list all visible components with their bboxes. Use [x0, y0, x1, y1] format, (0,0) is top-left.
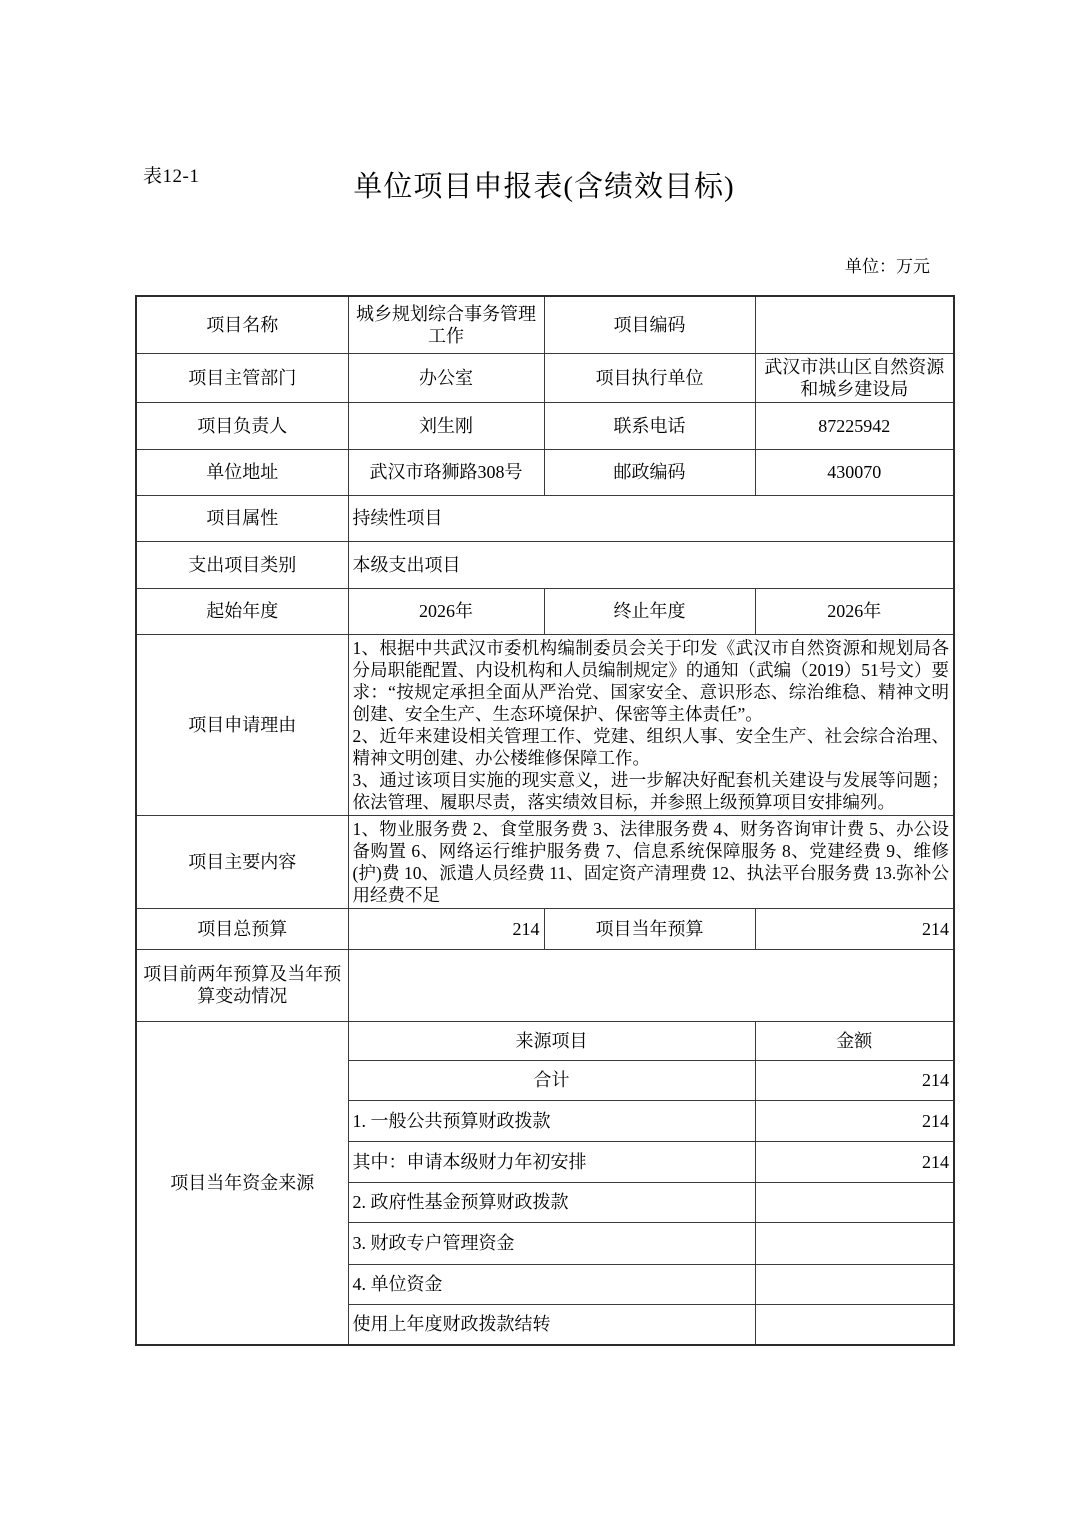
unit-note: 单位：万元 [845, 252, 930, 277]
document-page: 表12-1 单位项目申报表(含绩效目标) 单位：万元 项目名称 城乡规划综合事务… [0, 0, 1075, 1520]
value-main-content: 1、物业服务费 2、食堂服务费 3、法律服务费 4、财务咨询审计费 5、办公设备… [348, 815, 954, 908]
label-end-year: 终止年度 [544, 588, 755, 634]
funding-amount-cell [755, 1304, 954, 1345]
application-form-table: 项目名称 城乡规划综合事务管理工作 项目编码 项目主管部门 办公室 项目执行单位… [135, 295, 955, 1346]
label-competent-dept: 项目主管部门 [136, 353, 348, 402]
value-total-budget: 214 [348, 908, 544, 949]
main-content-text: 1、物业服务费 2、食堂服务费 3、法律服务费 4、财务咨询审计费 5、办公设备… [353, 818, 950, 906]
value-project-leader: 刘生刚 [348, 402, 544, 449]
row-previous-budget-changes: 项目前两年预算及当年预算变动情况 [136, 949, 954, 1021]
funding-column-amount: 金额 [755, 1021, 954, 1060]
label-current-year-budget: 项目当年预算 [544, 908, 755, 949]
label-contact-phone: 联系电话 [544, 402, 755, 449]
value-project-name: 城乡规划综合事务管理工作 [348, 296, 544, 353]
funding-source-cell: 1. 一般公共预算财政拨款 [348, 1100, 755, 1141]
funding-amount-cell [755, 1264, 954, 1304]
row-years: 起始年度 2026年 终止年度 2026年 [136, 588, 954, 634]
label-total-budget: 项目总预算 [136, 908, 348, 949]
funding-header-row: 项目当年资金来源 来源项目 金额 [136, 1021, 954, 1060]
value-start-year: 2026年 [348, 588, 544, 634]
label-project-leader: 项目负责人 [136, 402, 348, 449]
label-funding-sources: 项目当年资金来源 [136, 1021, 348, 1345]
row-project-name: 项目名称 城乡规划综合事务管理工作 项目编码 [136, 296, 954, 353]
row-project-attribute: 项目属性 持续性项目 [136, 495, 954, 541]
label-project-code: 项目编码 [544, 296, 755, 353]
funding-amount-cell: 214 [755, 1100, 954, 1141]
value-project-attribute: 持续性项目 [348, 495, 954, 541]
row-expenditure-category: 支出项目类别 本级支出项目 [136, 541, 954, 588]
label-postal-code: 邮政编码 [544, 449, 755, 495]
page-title: 单位项目申报表(含绩效目标) [135, 164, 953, 205]
funding-amount-cell [755, 1222, 954, 1264]
funding-amount-cell: 214 [755, 1141, 954, 1182]
label-application-reason: 项目申请理由 [136, 634, 348, 815]
value-contact-phone: 87225942 [755, 402, 954, 449]
label-project-name: 项目名称 [136, 296, 348, 353]
reason-paragraph-2: 2、近年来建设相关管理工作、党建、组织人事、安全生产、社会综合治理、精神文明创建… [353, 725, 950, 769]
value-application-reason: 1、根据中共武汉市委机构编制委员会关于印发《武汉市自然资源和规划局各分局职能配置… [348, 634, 954, 815]
value-expenditure-category: 本级支出项目 [348, 541, 954, 588]
row-budget: 项目总预算 214 项目当年预算 214 [136, 908, 954, 949]
value-project-code [755, 296, 954, 353]
label-executing-unit: 项目执行单位 [544, 353, 755, 402]
label-unit-address: 单位地址 [136, 449, 348, 495]
value-unit-address: 武汉市珞狮路308号 [348, 449, 544, 495]
value-postal-code: 430070 [755, 449, 954, 495]
value-executing-unit: 武汉市洪山区自然资源和城乡建设局 [755, 353, 954, 402]
value-current-year-budget: 214 [755, 908, 954, 949]
label-project-attribute: 项目属性 [136, 495, 348, 541]
reason-paragraph-3: 3、通过该项目实施的现实意义，进一步解决好配套机关建设与发展等问题；依法管理、履… [353, 769, 950, 813]
value-competent-dept: 办公室 [348, 353, 544, 402]
row-main-content: 项目主要内容 1、物业服务费 2、食堂服务费 3、法律服务费 4、财务咨询审计费… [136, 815, 954, 908]
label-previous-budget-changes: 项目前两年预算及当年预算变动情况 [136, 949, 348, 1021]
label-main-content: 项目主要内容 [136, 815, 348, 908]
label-start-year: 起始年度 [136, 588, 348, 634]
funding-column-source: 来源项目 [348, 1021, 755, 1060]
reason-paragraph-1: 1、根据中共武汉市委机构编制委员会关于印发《武汉市自然资源和规划局各分局职能配置… [353, 637, 950, 725]
row-dept-unit: 项目主管部门 办公室 项目执行单位 武汉市洪山区自然资源和城乡建设局 [136, 353, 954, 402]
funding-source-cell: 其中：申请本级财力年初安排 [348, 1141, 755, 1182]
value-end-year: 2026年 [755, 588, 954, 634]
row-leader-phone: 项目负责人 刘生刚 联系电话 87225942 [136, 402, 954, 449]
row-address-postcode: 单位地址 武汉市珞狮路308号 邮政编码 430070 [136, 449, 954, 495]
funding-amount-cell [755, 1182, 954, 1222]
value-previous-budget-changes [348, 949, 954, 1021]
funding-amount-cell: 214 [755, 1060, 954, 1100]
funding-source-cell: 使用上年度财政拨款结转 [348, 1304, 755, 1345]
funding-source-cell: 合计 [348, 1060, 755, 1100]
funding-source-cell: 3. 财政专户管理资金 [348, 1222, 755, 1264]
funding-source-cell: 4. 单位资金 [348, 1264, 755, 1304]
funding-source-cell: 2. 政府性基金预算财政拨款 [348, 1182, 755, 1222]
label-expenditure-category: 支出项目类别 [136, 541, 348, 588]
row-application-reason: 项目申请理由 1、根据中共武汉市委机构编制委员会关于印发《武汉市自然资源和规划局… [136, 634, 954, 815]
